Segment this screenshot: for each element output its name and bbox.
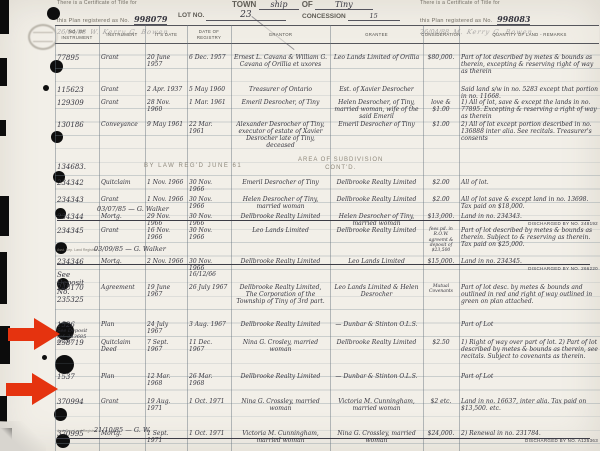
- grantee-cell: Dellbrooke Realty Limited: [330, 196, 423, 213]
- instrument-date-cell: 7 Sept. 1967: [145, 339, 187, 372]
- registry-entry-row: 130186Conveyance9 May 196122 Mar. 1961Al…: [55, 121, 600, 161]
- grantor-cell: Nina G. Crossley, married woman: [231, 398, 330, 426]
- consideration-cell: [423, 163, 459, 178]
- instrument-number-cell: 1526See Deposit ref. 253685 8/2/67: [55, 321, 99, 339]
- grantor-cell: Treasurer of Ontario: [231, 86, 330, 100]
- instrument-number-cell: 234344: [55, 213, 99, 227]
- instrument-type-cell: [99, 271, 145, 283]
- remarks-cell: Part of Lot: [459, 373, 600, 397]
- instrument-number-cell: See Deposit No. 235325: [55, 271, 99, 283]
- scan-edge-mark: [0, 0, 9, 34]
- registry-entry-row: See Deposit No. 23532516/12/66: [55, 271, 600, 283]
- instrument-number-cell: 115623: [55, 86, 99, 100]
- registry-entry-row: 370994Grant19 Aug. 19711 Oct. 1971Nina G…: [55, 398, 600, 426]
- remarks-cell: Part of lot described by metes & bounds …: [459, 54, 600, 86]
- instrument-number-cell: 1537: [55, 373, 99, 397]
- scan-edge-mark: [0, 252, 7, 304]
- grantor-cell: Victoria M. Cunningham, married woman: [231, 430, 330, 446]
- bylaw-stamp: BY LAW REG'D JUNE 61: [144, 163, 242, 169]
- registry-date-cell: 1 Oct. 1971: [187, 398, 231, 426]
- registrar-note-234346: Asst. Dep. Land Registrar 03/09/85 — G. …: [57, 245, 166, 253]
- table-header-cell: IT'S DATE: [145, 26, 187, 43]
- consideration-cell: Mutual Covenants: [423, 284, 459, 320]
- instrument-number-cell: 258719: [55, 339, 99, 372]
- grantor-cell: Dellbrooke Realty Limited: [231, 258, 330, 270]
- red-arrow-annotation-plan-1537: [6, 372, 58, 406]
- scan-corner-shade: [0, 421, 46, 451]
- remarks-cell: Part of lot desc. by metes & bounds and …: [459, 284, 600, 320]
- consideration-cell: $2.00: [423, 179, 459, 196]
- grantee-cell: Leo Lands Limited & Helen Desrocher: [330, 284, 423, 320]
- consideration-cell: fees pd. in R.O.W. agreemt & deposit of …: [423, 227, 459, 250]
- remarks-cell: Part of Lot: [459, 321, 600, 339]
- arrow-head: [32, 373, 58, 405]
- consideration-cell: $13,000.: [423, 213, 459, 227]
- grantee-cell: Dellbrooke Realty Limited: [330, 339, 423, 372]
- town-field: TOWN ship OF Tiny: [232, 0, 373, 9]
- consideration-cell: $24,000.: [423, 430, 459, 446]
- registry-entry-row: 1537Plan12 Mar. 196826 Mar. 1968Dellbroo…: [55, 373, 600, 397]
- table-header-cell: QUANTITY OF LAND - REMARKS: [459, 26, 600, 43]
- registry-entry-row: 129309Grant28 Nov. 19601 Mar. 1961Emeril…: [55, 99, 600, 121]
- remarks-cell: Land in no. 234343.DISCHARGED BY NO. 248…: [459, 213, 600, 227]
- grantor-cell: Emeril Desrocher, of Tiny: [231, 99, 330, 121]
- grantee-cell: Helen Desrocher, of Tiny, married woman,…: [330, 99, 423, 121]
- grantee-cell: Leo Lands Limited of Orillia: [330, 54, 423, 86]
- arrow-head: [34, 318, 60, 350]
- registry-entry-row: 248170Agreement19 June 196726 July 1967D…: [55, 284, 600, 320]
- instrument-type-cell: Conveyance: [99, 121, 145, 161]
- table-header-cell: INSTRUMENT: [99, 26, 145, 43]
- registry-date-cell: 30 Nov. 1966: [187, 196, 231, 213]
- grantee-cell: — Dunbar & Stinton O.L.S.: [330, 373, 423, 397]
- instrument-type-cell: Grant: [99, 398, 145, 426]
- scan-edge-mark: [0, 120, 6, 136]
- instrument-number-cell: 234343: [55, 196, 99, 213]
- registry-entry-row: 234344Mortg.29 Nov. 196630 Nov. 1966Dell…: [55, 213, 600, 227]
- grantor-cell: Dellbrooke Realty Limited: [231, 213, 330, 227]
- lot-field: LOT NO. 23: [178, 10, 286, 20]
- registry-date-cell: 1 Mar. 1961: [187, 99, 231, 121]
- lot-number: 23: [206, 10, 285, 21]
- registrar-note-370995: Asst. Dep. Land Registrar 21/10/85 — G. …: [57, 426, 151, 434]
- concession-number: 15: [348, 12, 400, 21]
- registry-entry-row: 258719Quitclaim Deed7 Sept. 196711 Dec. …: [55, 339, 600, 372]
- grantor-cell: Dellbrooke Realty Limited: [231, 373, 330, 397]
- consideration-cell: $15,000.: [423, 258, 459, 270]
- instrument-type-cell: Mortg.: [99, 258, 145, 270]
- subdivision-stamp: AREA OF SUBDIVISION CONT'D.: [298, 157, 383, 173]
- instrument-type-cell: Plan: [99, 321, 145, 339]
- cert-left-line1: There is a Certificate of Title for: [57, 0, 169, 7]
- remarks-cell: Land in no. 234345.DISCHARGED BY NO. 266…: [459, 258, 600, 270]
- instrument-type-cell: Quitclaim Deed: [99, 339, 145, 372]
- grantee-cell: [330, 271, 423, 283]
- instrument-number-cell: 77895: [55, 54, 99, 86]
- instrument-date-cell: 28 Nov. 1960: [145, 99, 187, 121]
- registry-date-cell: 1 Oct. 1971: [187, 430, 231, 446]
- township-name: Tiny: [315, 0, 373, 10]
- grantee-cell: Emeril Desrocher of Tiny: [330, 121, 423, 161]
- table-header-cell: NO. OF INSTRUMENT: [55, 26, 99, 43]
- instrument-date-cell: 1 Nov. 1966: [145, 179, 187, 196]
- instrument-type-cell: Grant: [99, 86, 145, 100]
- instrument-date-cell: 12 Mar. 1968: [145, 373, 187, 397]
- registry-entry-row: 115623Grant2 Apr. 19375 May 1960Treasure…: [55, 86, 600, 100]
- grantor-cell: Dellbrooke Realty Limited: [231, 321, 330, 339]
- instrument-date-cell: 2 Apr. 1937: [145, 86, 187, 100]
- registry-date-cell: 30 Nov. 1966: [187, 213, 231, 227]
- cert-right-line1: There is a Certificate of Title for: [420, 0, 533, 7]
- consideration-cell: $2.00: [423, 196, 459, 213]
- registry-entry-row: 234346Mortg.2 Nov. 196630 Nov. 1966Dellb…: [55, 258, 600, 270]
- registry-date-cell: 30 Nov. 1966: [187, 179, 231, 196]
- instrument-type-cell: Quitclaim: [99, 179, 145, 196]
- plan-number-left: 998079: [134, 14, 167, 25]
- binder-hole-dot: [42, 355, 47, 360]
- consideration-cell: $2.50: [423, 339, 459, 372]
- registrar-note-234344: 03/07/85 — G. Walker: [97, 205, 169, 213]
- remarks-cell: 1) Right of way over part of lot. 2) Par…: [459, 339, 600, 372]
- table-header-row: NO. OF INSTRUMENTINSTRUMENTIT'S DATEDATE…: [55, 25, 599, 44]
- remarks-cell: Said land s/w in no. 5283 except that po…: [459, 86, 600, 100]
- scanned-registry-abstract-page: There is a Certificate of Title for this…: [0, 0, 600, 451]
- instrument-number-cell: 234346: [55, 258, 99, 270]
- instrument-date-cell: 24 July 1967: [145, 321, 187, 339]
- instrument-number-cell: 370994: [55, 398, 99, 426]
- table-header-cell: GRANTOR: [231, 26, 330, 43]
- arrow-tail: [8, 328, 34, 341]
- instrument-date-cell: 20 June 1957: [145, 54, 187, 86]
- consideration-cell: $1.00: [423, 121, 459, 161]
- instrument-type-cell: Agreement: [99, 284, 145, 320]
- scan-edge-mark: [0, 196, 9, 236]
- registry-date-cell: 16/12/66: [187, 271, 231, 283]
- binder-hole-dot: [43, 85, 49, 91]
- grantor-cell: Helen Desrocher of Tiny, married woman: [231, 196, 330, 213]
- grantor-cell: Leo Lands Limited: [231, 227, 330, 250]
- instrument-number-cell: 129309: [55, 99, 99, 121]
- town-value: ship: [259, 0, 300, 10]
- grantee-cell: Helen Desrocher of Tiny, married woman: [330, 213, 423, 227]
- remarks-cell: 2) All of lot except portion described i…: [459, 121, 600, 161]
- registry-date-cell: 11 Dec. 1967: [187, 339, 231, 372]
- remarks-cell: [459, 163, 600, 178]
- registry-date-cell: 30 Nov. 1966: [187, 227, 231, 250]
- instrument-type-cell: Grant: [99, 54, 145, 86]
- instrument-number-cell: 234342: [55, 179, 99, 196]
- registry-date-cell: 6 Dec. 1957: [187, 54, 231, 86]
- remarks-cell: 2) Renewal in no. 231784.DISCHARGED BY N…: [459, 430, 600, 446]
- grantor-cell: Dellbrooke Realty Limited, The Corporati…: [231, 284, 330, 320]
- grantor-cell: Nina G. Crosley, married woman: [231, 339, 330, 372]
- instrument-type-cell: [99, 163, 145, 178]
- scan-edge-mark: [0, 58, 7, 86]
- grantee-cell: Nina G. Crossley, married woman: [330, 430, 423, 446]
- instrument-date-cell: 2 Nov. 1966: [145, 258, 187, 270]
- table-header-cell: DATE OF REGISTRY: [187, 26, 231, 43]
- registry-date-cell: 22 Mar. 1961: [187, 121, 231, 161]
- consideration-cell: $80,000.: [423, 54, 459, 86]
- remarks-cell: All of lot.: [459, 179, 600, 196]
- consideration-cell: $2 etc.: [423, 398, 459, 426]
- grantee-cell: Est. of Xavier Desrocher: [330, 86, 423, 100]
- instrument-date-cell: 19 June 1967: [145, 284, 187, 320]
- registry-date-cell: 3 Aug. 1967: [187, 321, 231, 339]
- instrument-date-cell: [145, 271, 187, 283]
- remarks-cell: [459, 271, 600, 283]
- instrument-date-cell: 1 Sept. 1971: [145, 430, 187, 446]
- instrument-number-cell: 248170: [55, 284, 99, 320]
- registry-date-cell: 5 May 1960: [187, 86, 231, 100]
- grantor-cell: Alexander Desrocher of Tiny, executor of…: [231, 121, 330, 161]
- grantee-cell: Leo Lands Limited: [330, 258, 423, 270]
- instrument-date-cell: 9 May 1961: [145, 121, 187, 161]
- grantor-cell: [231, 271, 330, 283]
- remarks-cell: 1) All of lot, save & except the lands i…: [459, 99, 600, 121]
- registry-date-cell: 26 July 1967: [187, 284, 231, 320]
- remarks-cell: Land in no. 16637, inter alia. Tax paid …: [459, 398, 600, 426]
- registry-entry-row: 234342Quitclaim1 Nov. 196630 Nov. 1966Em…: [55, 179, 600, 196]
- instrument-type-cell: Mortg.: [99, 213, 145, 227]
- instrument-date-cell: 29 Nov. 1966: [145, 213, 187, 227]
- registry-date-cell: 26 Mar. 1968: [187, 373, 231, 397]
- table-header-cell: CONSIDERATION: [423, 26, 459, 43]
- grantee-cell: Dellbrooke Realty Limited: [330, 227, 423, 250]
- grantee-cell: Victoria M. Cunningham, married woman: [330, 398, 423, 426]
- registry-entry-row: 1526See Deposit ref. 253685 8/2/67Plan24…: [55, 321, 600, 339]
- instrument-type-cell: Grant: [99, 99, 145, 121]
- registry-entry-row: 77895Grant20 June 19576 Dec. 1957Ernest …: [55, 54, 600, 86]
- instrument-type-cell: Plan: [99, 373, 145, 397]
- consideration-cell: [423, 271, 459, 283]
- discharged-note: DISCHARGED BY NO. A125363: [461, 438, 598, 443]
- consideration-cell: love & $1.00: [423, 99, 459, 121]
- grantee-cell: Dellbrooke Realty Limited: [330, 179, 423, 196]
- plan-number-right: 998083: [497, 14, 530, 25]
- grantee-cell: — Dunbar & Stinton O.L.S.: [330, 321, 423, 339]
- consideration-cell: [423, 321, 459, 339]
- arrow-tail: [6, 383, 32, 396]
- registrar-seal-stamp: [28, 24, 58, 50]
- red-arrow-annotation-plan-1526: [8, 317, 60, 351]
- grantor-cell: Emeril Desrocher of Tiny: [231, 179, 330, 196]
- registry-date-cell: 30 Nov. 1966: [187, 258, 231, 270]
- grantor-cell: Ernest L. Cavana & William G. Cavana of …: [231, 54, 330, 86]
- consideration-cell: [423, 86, 459, 100]
- remarks-cell: Part of lot described by metes & bounds …: [459, 227, 600, 250]
- table-header-cell: GRANTEE: [330, 26, 423, 43]
- concession-field: CONCESSION 15: [302, 12, 400, 20]
- consideration-cell: [423, 373, 459, 397]
- instrument-number-cell: 134683.: [55, 163, 99, 178]
- discharged-note: DISCHARGED BY NO. 248192: [461, 221, 598, 226]
- instrument-number-cell: 130186: [55, 121, 99, 161]
- remarks-cell: All of lot save & except land in no. 136…: [459, 196, 600, 213]
- instrument-date-cell: 19 Aug. 1971: [145, 398, 187, 426]
